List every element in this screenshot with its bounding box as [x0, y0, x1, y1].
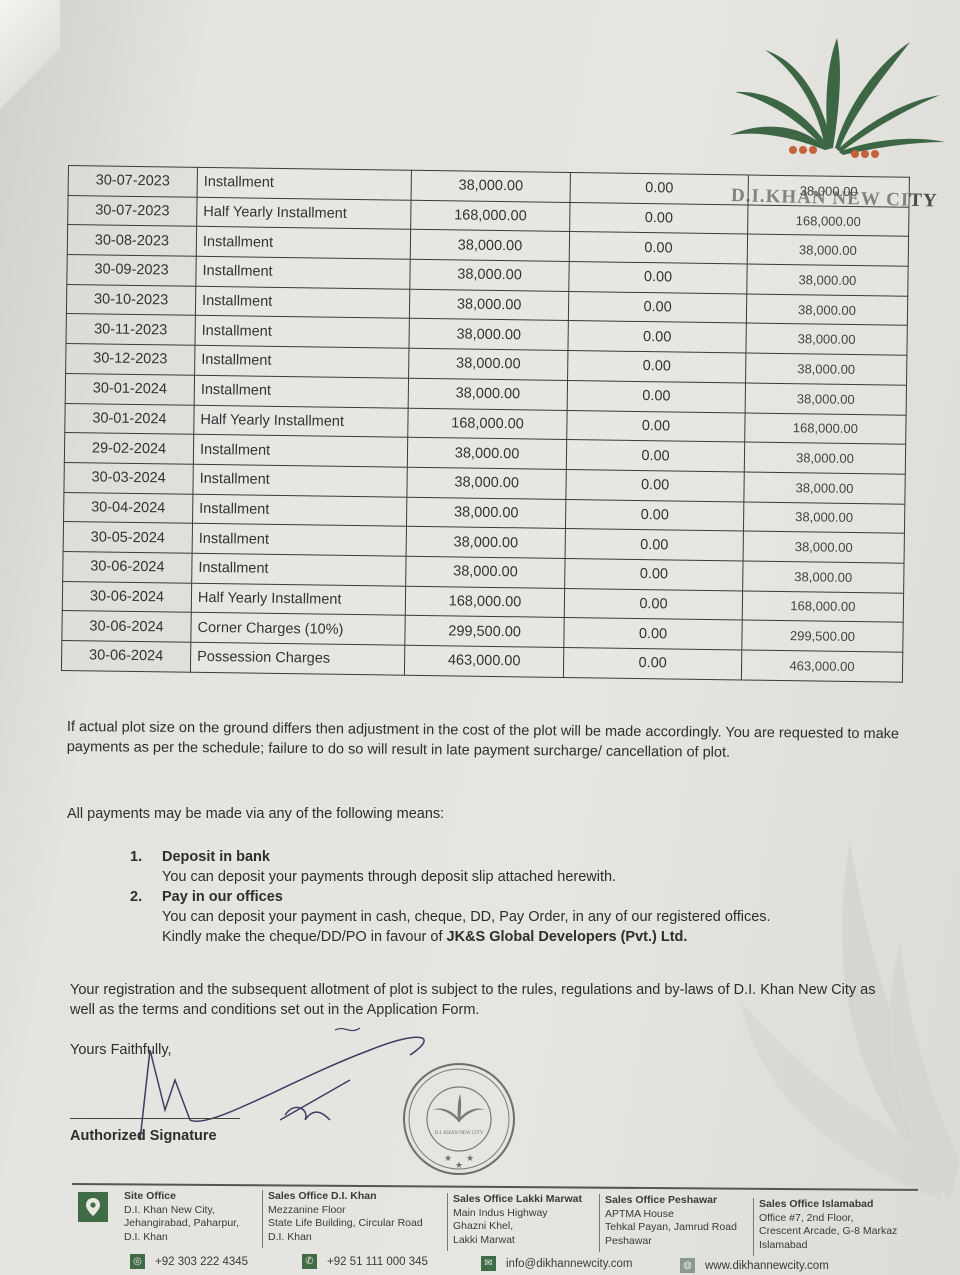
contact-website[interactable]: ◍ www.dikhannewcity.com — [680, 1258, 829, 1273]
cell-amount: 38,000.00 — [409, 319, 569, 351]
cell-paid: 0.00 — [565, 529, 743, 561]
cell-paid: 0.00 — [568, 321, 746, 353]
favour-line: Kindly make the cheque/DD/PO in favour o… — [162, 927, 870, 947]
svg-text:D.I. KHAN NEW CITY: D.I. KHAN NEW CITY — [435, 1131, 484, 1136]
contact-email[interactable]: ✉ info@dikhannewcity.com — [481, 1256, 633, 1271]
cell-amount: 168,000.00 — [408, 408, 568, 440]
cell-amount: 299,500.00 — [405, 616, 565, 648]
page-fold — [0, 0, 60, 120]
cell-description: Half Yearly Installment — [197, 197, 411, 230]
cell-date: 30-01-2024 — [65, 373, 194, 404]
cell-balance: 168,000.00 — [742, 591, 903, 623]
means-item-bank: 1. Deposit in bank — [130, 847, 870, 867]
globe-icon: ◍ — [680, 1258, 695, 1273]
cell-date: 30-08-2023 — [67, 225, 196, 256]
cell-balance: 463,000.00 — [741, 650, 902, 682]
cell-paid: 0.00 — [567, 380, 745, 412]
cell-balance: 299,500.00 — [742, 620, 903, 652]
cell-description: Installment — [195, 345, 409, 378]
cell-description: Installment — [192, 553, 406, 586]
cell-date: 30-07-2023 — [68, 195, 197, 226]
cell-paid: 0.00 — [566, 469, 744, 501]
cell-paid: 0.00 — [570, 173, 748, 205]
cell-description: Installment — [193, 464, 407, 497]
document-page: D.I.KHAN NEW CITY 30-07-2023Installment3… — [0, 0, 960, 1275]
cell-paid: 0.00 — [570, 202, 748, 234]
svg-text:★: ★ — [466, 1153, 474, 1163]
cell-paid: 0.00 — [564, 618, 742, 650]
cell-paid: 0.00 — [564, 588, 742, 620]
registration-terms: Your registration and the subsequent all… — [70, 980, 890, 1020]
signature-label: Authorized Signature — [70, 1126, 217, 1146]
cell-description: Installment — [195, 286, 409, 319]
cell-amount: 38,000.00 — [406, 497, 566, 529]
cell-balance: 38,000.00 — [743, 531, 904, 563]
email-icon: ✉ — [481, 1256, 496, 1271]
cell-date: 30-09-2023 — [67, 255, 196, 286]
cell-balance: 38,000.00 — [747, 234, 908, 266]
cell-amount: 463,000.00 — [404, 645, 564, 677]
cell-amount: 38,000.00 — [410, 259, 570, 291]
footer: Site Office D.I. Khan New City, Jehangir… — [76, 1190, 956, 1275]
office-peshawar: Sales Office Peshawar APTMA House Tehkal… — [599, 1194, 737, 1252]
means-bank-detail: You can deposit your payments through de… — [162, 867, 870, 887]
cell-description: Installment — [194, 375, 408, 408]
payee-company: JK&S Global Developers (Pvt.) Ltd. — [447, 929, 688, 945]
cell-date: 30-10-2023 — [66, 284, 195, 315]
cell-description: Half Yearly Installment — [194, 405, 408, 438]
cell-paid: 0.00 — [567, 440, 745, 472]
cell-amount: 38,000.00 — [410, 230, 570, 262]
cell-date: 30-06-2024 — [61, 640, 190, 671]
cell-description: Installment — [193, 434, 407, 467]
office-dikhan: Sales Office D.I. Khan Mezzanine Floor S… — [262, 1190, 423, 1248]
cell-balance: 38,000.00 — [748, 175, 909, 207]
cell-date: 29-02-2024 — [64, 433, 193, 464]
cell-date: 30-04-2024 — [64, 492, 193, 523]
cell-amount: 38,000.00 — [409, 289, 569, 321]
means-offices-detail: You can deposit your payment in cash, ch… — [162, 907, 870, 927]
cell-description: Possession Charges — [190, 642, 404, 675]
cell-balance: 38,000.00 — [745, 383, 906, 415]
cell-balance: 38,000.00 — [743, 502, 904, 534]
cell-paid: 0.00 — [569, 291, 747, 323]
svg-text:★: ★ — [444, 1153, 452, 1163]
payment-means-list: 1. Deposit in bank You can deposit your … — [130, 847, 870, 947]
cell-paid: 0.00 — [567, 410, 745, 442]
cell-balance: 168,000.00 — [748, 205, 909, 237]
cell-paid: 0.00 — [566, 499, 744, 531]
cell-date: 30-06-2024 — [63, 551, 192, 582]
cell-date: 30-01-2024 — [65, 403, 194, 434]
cell-paid: 0.00 — [564, 647, 742, 679]
cell-description: Installment — [197, 167, 411, 200]
plot-size-notice: If actual plot size on the ground differ… — [67, 717, 912, 764]
cell-amount: 38,000.00 — [406, 556, 566, 588]
cell-paid: 0.00 — [565, 558, 743, 590]
cell-balance: 38,000.00 — [746, 323, 907, 355]
cell-amount: 38,000.00 — [411, 170, 571, 202]
cell-amount: 38,000.00 — [407, 437, 567, 469]
cell-date: 30-05-2024 — [63, 522, 192, 553]
cell-date: 30-11-2023 — [66, 314, 195, 345]
cell-description: Half Yearly Installment — [191, 583, 405, 616]
cell-balance: 38,000.00 — [744, 472, 905, 504]
cell-description: Installment — [196, 227, 410, 260]
office-site: Site Office D.I. Khan New City, Jehangir… — [124, 1190, 239, 1244]
cell-amount: 168,000.00 — [411, 200, 571, 232]
means-item-offices: 2. Pay in our offices — [130, 887, 870, 907]
cell-amount: 38,000.00 — [408, 378, 568, 410]
cell-balance: 38,000.00 — [744, 442, 905, 474]
cell-description: Installment — [195, 316, 409, 349]
cell-date: 30-07-2023 — [68, 166, 197, 197]
whatsapp-icon: ◎ — [130, 1254, 145, 1269]
cell-date: 30-06-2024 — [62, 581, 191, 612]
cell-amount: 38,000.00 — [406, 527, 566, 559]
cell-paid: 0.00 — [569, 262, 747, 294]
cell-balance: 38,000.00 — [745, 353, 906, 385]
phone-icon: ✆ — [302, 1254, 317, 1269]
signature-line — [70, 1118, 240, 1119]
cell-date: 30-12-2023 — [66, 344, 195, 375]
office-lakki-marwat: Sales Office Lakki Marwat Main Indus Hig… — [447, 1193, 582, 1251]
cell-paid: 0.00 — [568, 351, 746, 383]
svg-text:★: ★ — [455, 1160, 463, 1170]
cell-description: Installment — [192, 524, 406, 557]
location-pin-icon — [78, 1192, 108, 1222]
cell-balance: 168,000.00 — [745, 412, 906, 444]
cell-paid: 0.00 — [569, 232, 747, 264]
cell-date: 30-03-2024 — [64, 462, 193, 493]
cell-balance: 38,000.00 — [746, 294, 907, 326]
cell-balance: 38,000.00 — [747, 264, 908, 296]
cell-description: Installment — [193, 494, 407, 527]
company-stamp-icon: D.I. KHAN NEW CITY ★ ★ ★ — [400, 1060, 518, 1178]
contact-whatsapp[interactable]: ◎ +92 303 222 4345 — [130, 1254, 248, 1269]
payment-schedule-table: 30-07-2023Installment38,000.000.0038,000… — [61, 165, 910, 682]
payment-means-intro: All payments may be made via any of the … — [67, 804, 444, 824]
office-islamabad: Sales Office Islamabad Office #7, 2nd Fl… — [753, 1198, 897, 1256]
cell-balance: 38,000.00 — [743, 561, 904, 593]
cell-amount: 38,000.00 — [409, 348, 569, 380]
contact-phone[interactable]: ✆ +92 51 111 000 345 — [302, 1254, 428, 1269]
cell-amount: 38,000.00 — [407, 467, 567, 499]
cell-amount: 168,000.00 — [405, 586, 565, 618]
cell-description: Installment — [196, 256, 410, 289]
cell-description: Corner Charges (10%) — [191, 613, 405, 646]
palm-leaves-icon — [725, 30, 950, 190]
cell-date: 30-06-2024 — [62, 611, 191, 642]
